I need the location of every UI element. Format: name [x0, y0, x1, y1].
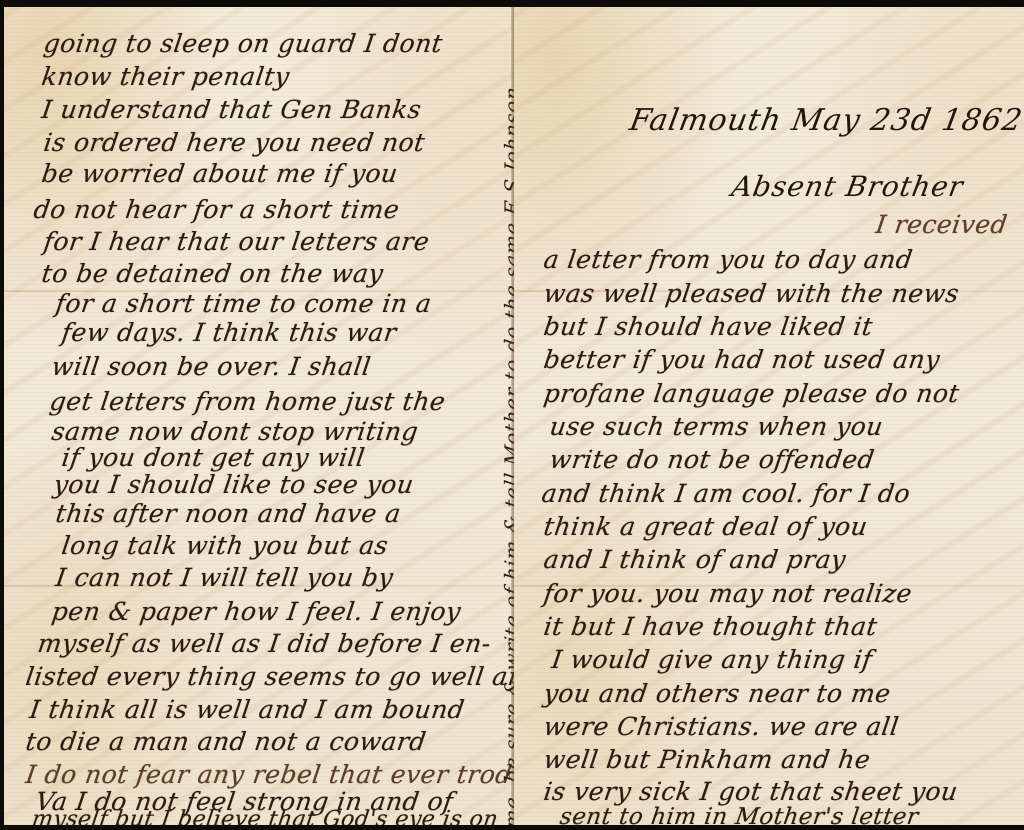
text-line: were Christians. we are all [542, 712, 901, 741]
text-line: for a short time to come in a [54, 289, 434, 318]
text-line: same now dont stop writing [50, 417, 420, 446]
left-page: going to sleep on guard I dont know thei… [4, 7, 514, 825]
right-page: Falmouth May 23d 1862 Absent Brother I r… [514, 7, 1024, 825]
text-line: I can not I will tell you by [54, 563, 395, 592]
text-line: few days. I think this war [60, 318, 399, 347]
text-line: a letter from you to day and [542, 245, 915, 274]
text-line: but I should have liked it [542, 312, 875, 341]
text-line: will soon be over. I shall [50, 352, 373, 381]
text-line: I understand that Gen Banks [40, 95, 423, 124]
text-line: do not hear for a short time [32, 195, 401, 224]
text-line: this after noon and have a [54, 499, 403, 528]
text-line: use such terms when you [548, 412, 885, 441]
text-line: was well pleased with the news [542, 279, 961, 308]
text-line: I think all is well and I am bound [28, 695, 467, 724]
text-line: is ordered here you need not [42, 128, 427, 157]
text-line: get letters from home just the [48, 387, 447, 416]
text-line: pen & paper how I feel. I enjoy [50, 597, 463, 626]
text-line: to die a man and not a coward [24, 727, 428, 756]
text-line: myself as well as I did before I en- [36, 629, 493, 658]
text-line: sent to him in Mother's letter [558, 804, 920, 825]
text-line: I do not fear any rebel that ever trod [24, 760, 514, 789]
text-line: for I hear that our letters are [42, 227, 431, 256]
text-line: better if you had not used any [542, 345, 942, 374]
text-line: long talk with you but as [60, 531, 390, 560]
text-line: and think I am cool. for I do [540, 479, 912, 508]
text-line: if you dont get any will [60, 443, 367, 472]
text-line: is very sick I got that sheet you [542, 777, 960, 806]
text-line: you and others near to me [542, 679, 893, 708]
text-line: myself but I believe that God's eye is o… [30, 807, 500, 825]
text-line: know their penalty [40, 62, 292, 91]
text-line: listed every thing seems to go well and [24, 662, 514, 691]
letter-spread: going to sleep on guard I dont know thei… [4, 7, 1024, 825]
text-line: going to sleep on guard I dont [42, 29, 445, 58]
text-line: I received [874, 210, 1009, 239]
text-line: profane language please do not [542, 379, 961, 408]
place-date: Falmouth May 23d 1862 [627, 103, 1024, 138]
text-line: for you. you may not realize [542, 579, 914, 608]
text-line: it but I have thought that [542, 612, 879, 641]
text-line: to be detained on the way [40, 259, 385, 288]
text-line: write do not be offended [548, 445, 876, 474]
text-line: I would give any thing if [550, 645, 874, 674]
text-line: well but Pinkham and he [542, 745, 872, 774]
text-line: think a great deal of you [542, 512, 870, 541]
text-line: and I think of and pray [542, 545, 848, 574]
text-line: you I should like to see you [52, 470, 416, 499]
text-line: be worried about me if you [40, 159, 400, 188]
salutation: Absent Brother [729, 170, 966, 203]
